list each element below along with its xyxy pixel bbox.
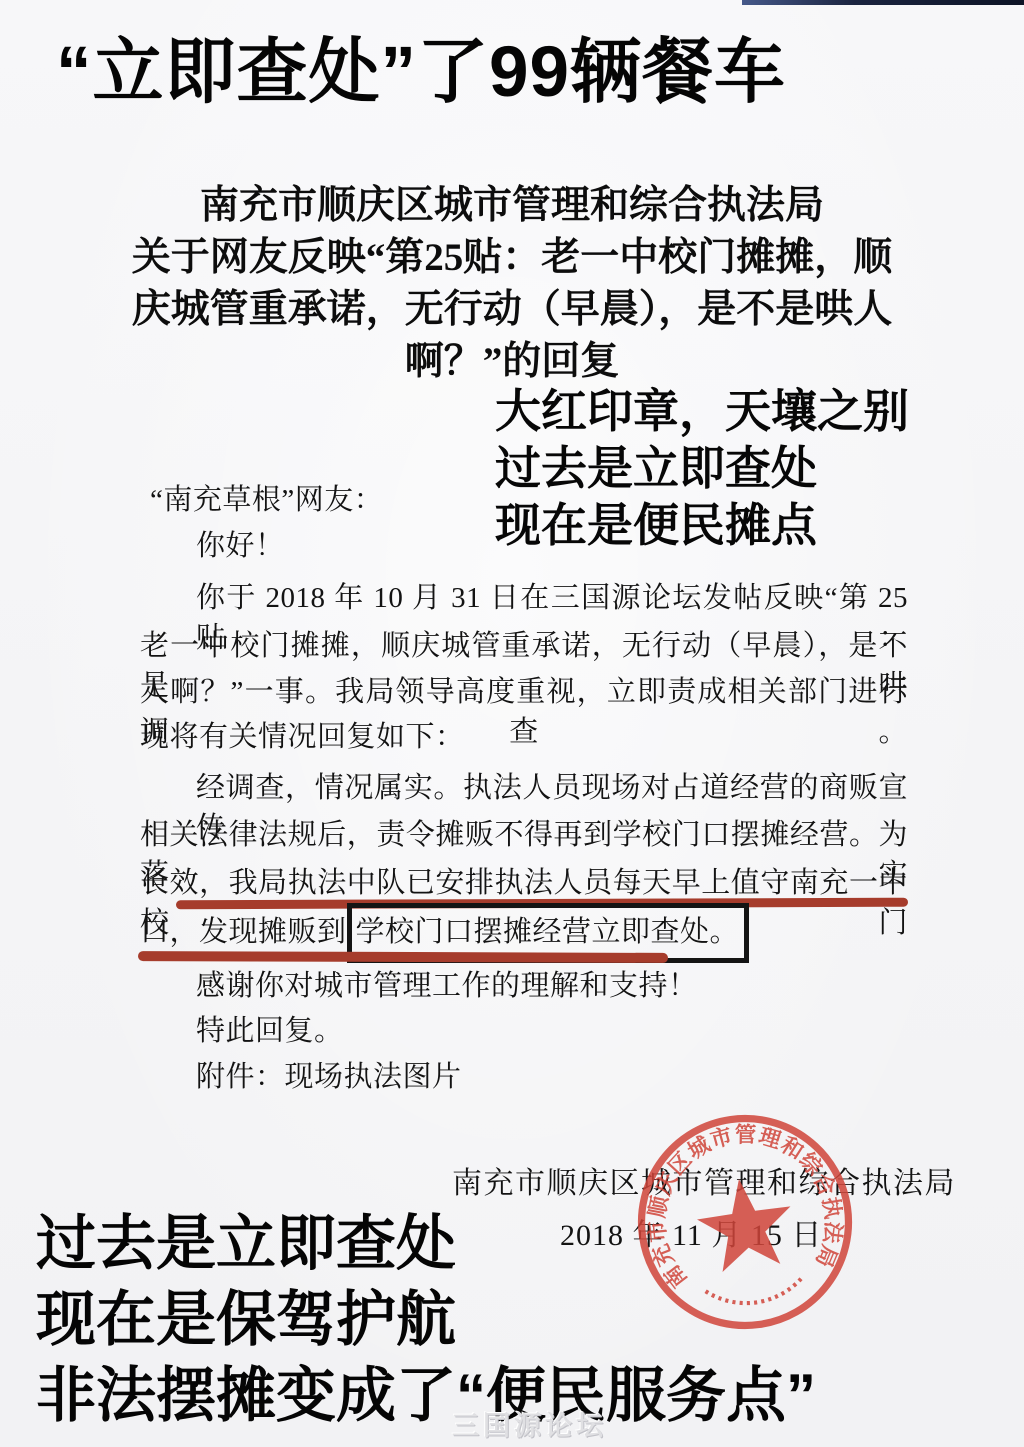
headline-annotation: “立即查处”了99辆餐车 xyxy=(56,34,996,112)
red-underline-2 xyxy=(138,951,668,963)
bottom-annotation: 过去是立即查处 现在是保驾护航 非法摆摊变成了“便民服务点” xyxy=(36,1206,1016,1434)
para1-line-4: 现将有关情况回复如下： xyxy=(140,717,465,757)
bottom-annotation-line-1: 过去是立即查处 xyxy=(36,1206,1016,1282)
document-title-line-2: 关于网友反映“第25贴：老一中校门摊摊，顺 xyxy=(92,232,932,284)
document-title-line-4: 啊？”的回复 xyxy=(92,336,932,388)
document-title-line-1: 南充市顺庆区城市管理和综合执法局 xyxy=(92,180,932,232)
thanks-line: 感谢你对城市管理工作的理解和支持！ xyxy=(196,966,698,1006)
attachment-line: 附件：现场执法图片 xyxy=(196,1057,462,1097)
scanned-document-page: “立即查处”了99辆餐车 南充市顺庆区城市管理和综合执法局 关于网友反映“第25… xyxy=(0,0,1024,1447)
salutation: “南充草根”网友： xyxy=(150,480,383,520)
greeting: 你好！ xyxy=(196,526,285,566)
mid-annotation: 大红印章，天壤之别 过去是立即查处 现在是便民摊点 xyxy=(495,383,1015,554)
bottom-annotation-line-2: 现在是保驾护航 xyxy=(36,1282,1016,1358)
scan-artifact-strip xyxy=(742,0,1024,5)
boxed-line-prefix: 口，发现摊贩到 xyxy=(140,916,347,948)
document-title: 南充市顺庆区城市管理和综合执法局 关于网友反映“第25贴：老一中校门摊摊，顺 庆… xyxy=(92,180,932,388)
mid-annotation-line-1: 大红印章，天壤之别 xyxy=(495,383,1015,440)
para2-line-4: 口，发现摊贩到学校门口摆摊经营立即查处。 xyxy=(140,912,749,954)
forum-watermark: 三国源论坛 xyxy=(452,1404,607,1443)
closing-line: 特此回复。 xyxy=(196,1011,344,1051)
mid-annotation-line-3: 现在是便民摊点 xyxy=(495,497,1015,554)
document-title-line-3: 庆城管重承诺，无行动（早晨），是不是哄人 xyxy=(92,284,932,336)
mid-annotation-line-2: 过去是立即查处 xyxy=(495,440,1015,497)
